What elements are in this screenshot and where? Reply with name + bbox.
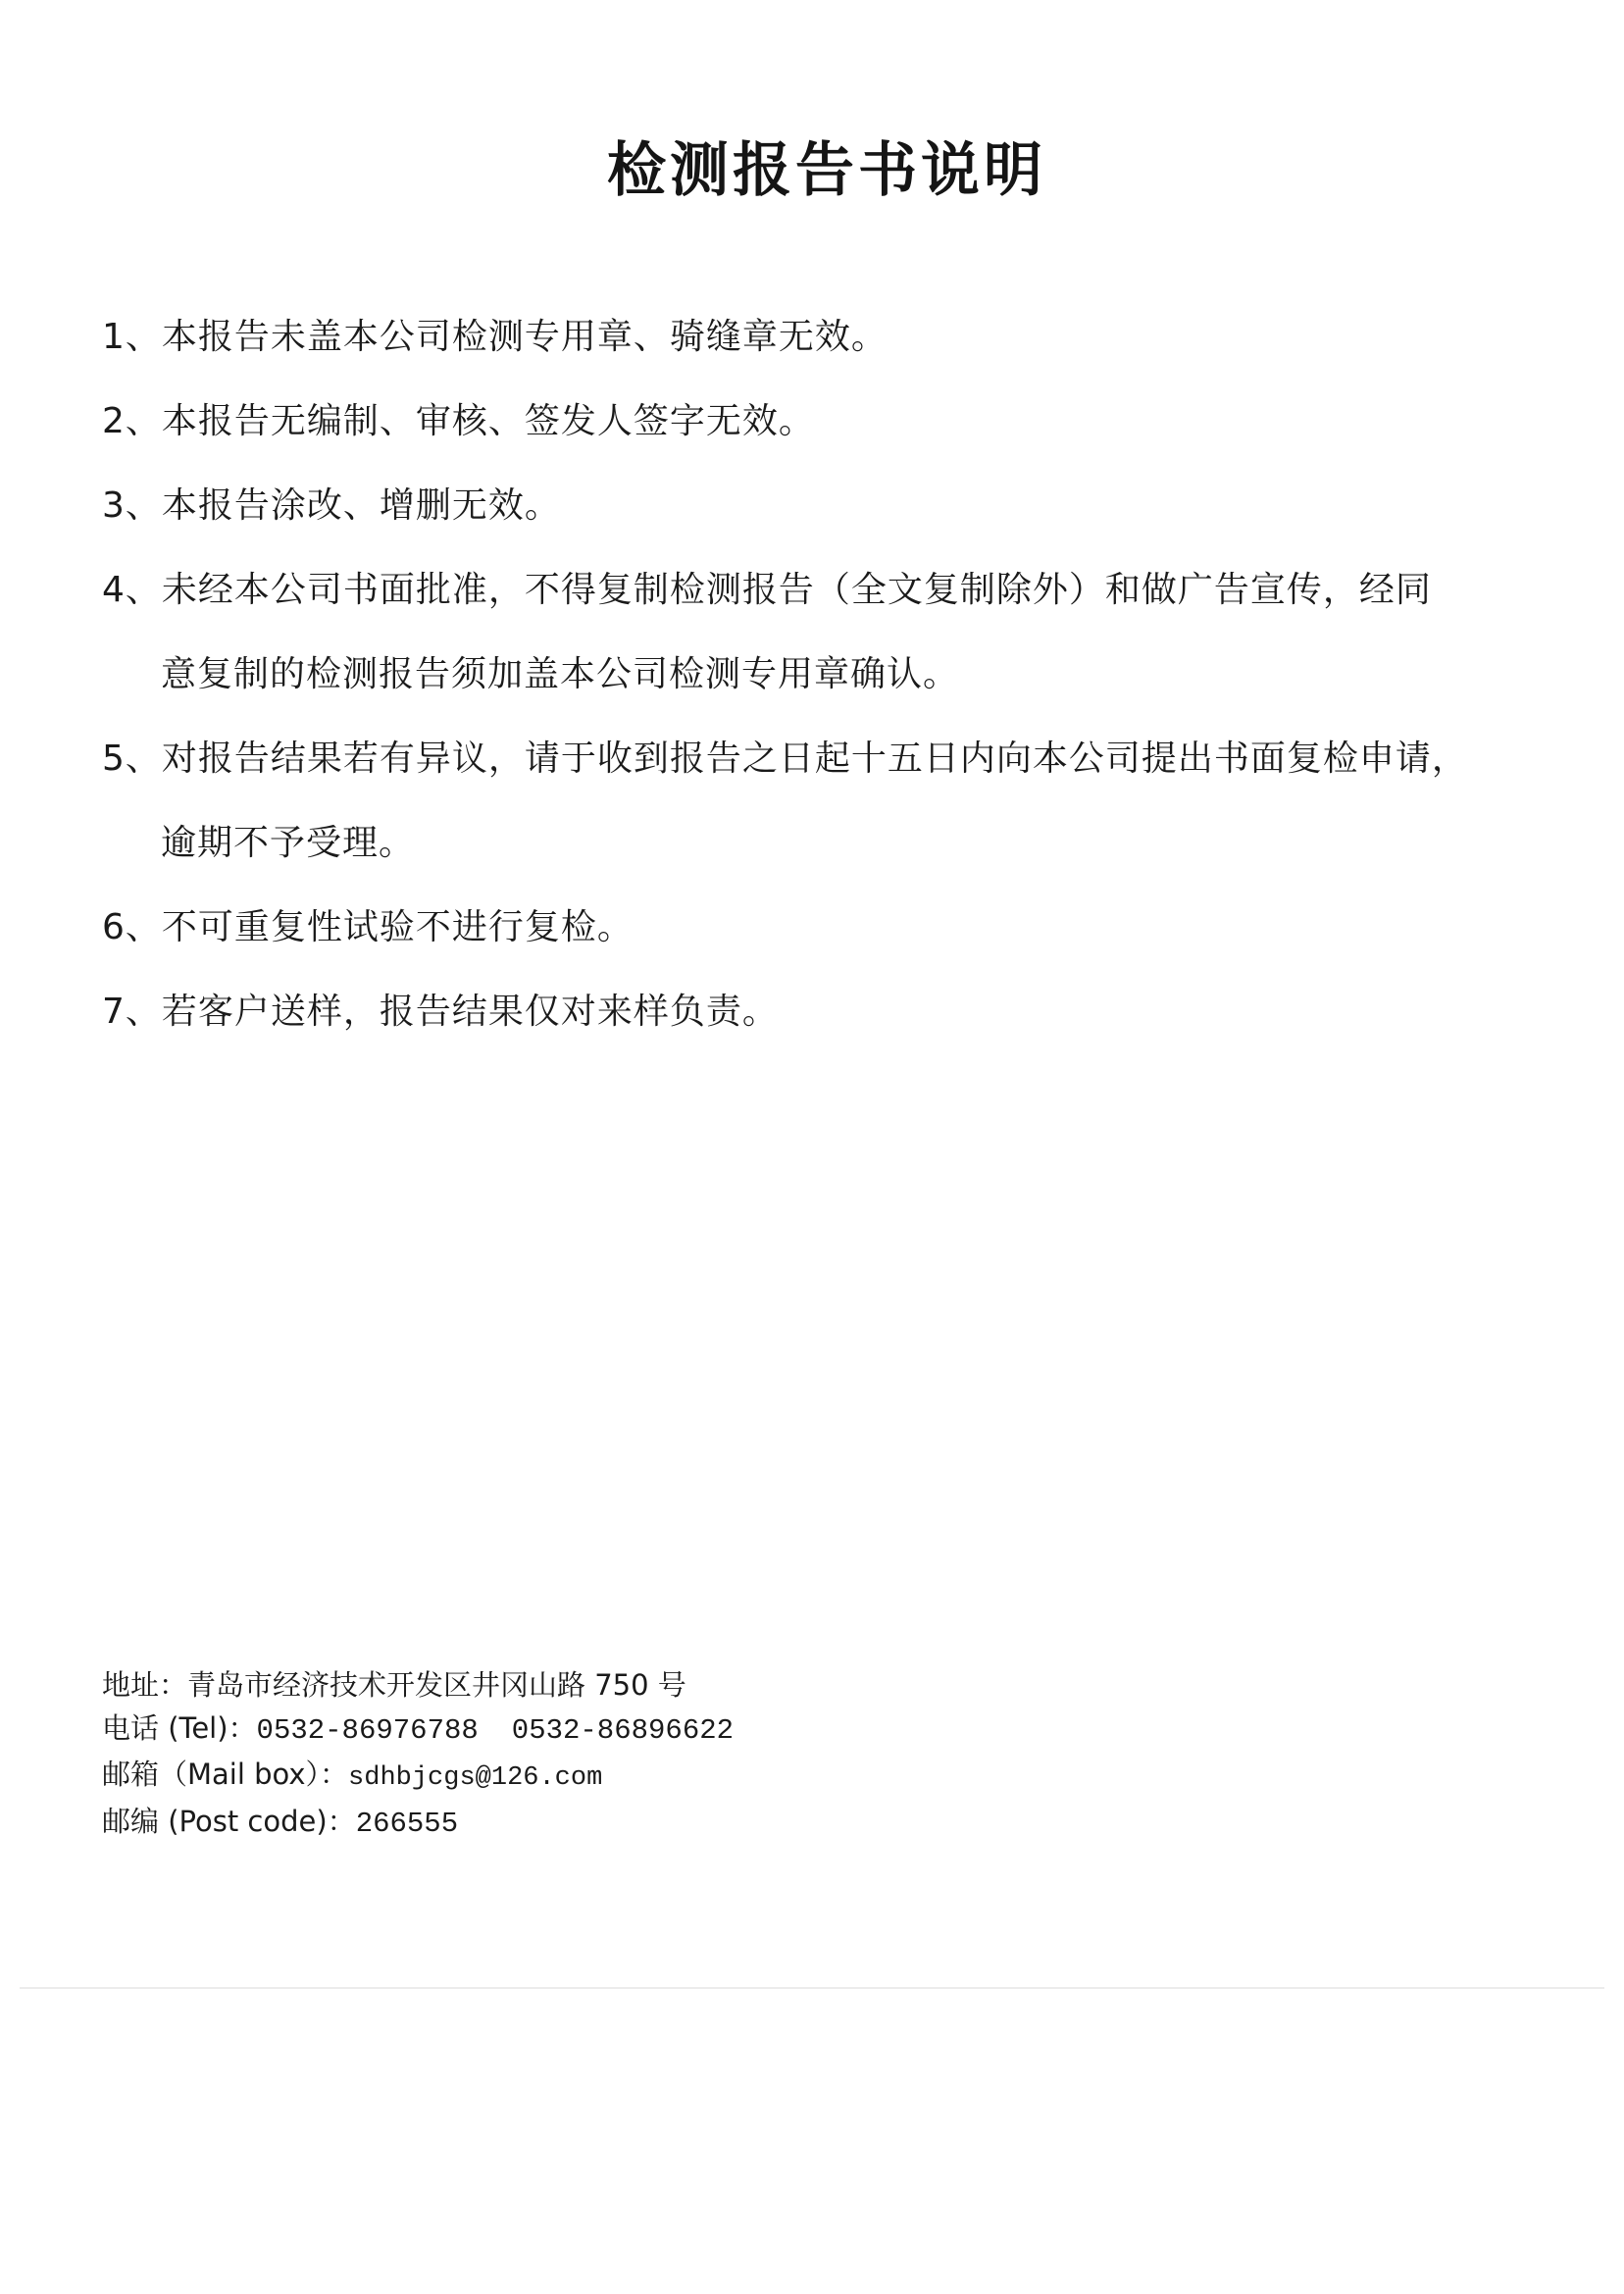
postcode-label: 邮编 (Post code)： <box>102 1805 356 1838</box>
email-label: 邮箱（Mail box）： <box>102 1758 348 1791</box>
note-text-continuation: 意复制的检测报告须加盖本公司检测专用章确认。 <box>102 653 1534 696</box>
document-page: 检测报告书说明 1、本报告未盖本公司检测专用章、骑缝章无效。 2、本报告无编制、… <box>0 0 1624 2294</box>
scan-artifact-divider <box>20 1987 1604 1989</box>
note-number: 2、 <box>102 400 162 443</box>
note-text: 本报告未盖本公司检测专用章、骑缝章无效。 <box>162 317 888 357</box>
note-number: 3、 <box>102 484 162 528</box>
address-label: 地址： <box>102 1668 187 1702</box>
contact-info: 地址：青岛市经济技术开发区井冈山路 750 号 电话 (Tel)：0532-86… <box>102 1663 985 1846</box>
note-number: 4、 <box>102 569 162 612</box>
note-item-4: 4、未经本公司书面批准，不得复制检测报告（全文复制除外）和做广告宣传，经同 意复… <box>102 569 1534 696</box>
note-number: 5、 <box>102 738 162 781</box>
note-text: 本报告涂改、增删无效。 <box>162 485 561 526</box>
email-line: 邮箱（Mail box）：sdhbjcgs@126.com <box>102 1753 985 1800</box>
note-text: 对报告结果若有异议，请于收到报告之日起十五日内向本公司提出书面复检申请， <box>162 739 1468 779</box>
note-text: 本报告无编制、审核、签发人签字无效。 <box>162 401 815 441</box>
email-value: sdhbjcgs@126.com <box>348 1763 602 1793</box>
note-item-1: 1、本报告未盖本公司检测专用章、骑缝章无效。 <box>102 316 1534 359</box>
postcode-value: 266555 <box>356 1808 458 1840</box>
note-text: 若客户送样，报告结果仅对来样负责。 <box>162 992 779 1032</box>
note-text-continuation: 逾期不予受理。 <box>102 822 1534 865</box>
note-text: 未经本公司书面批准，不得复制检测报告（全文复制除外）和做广告宣传，经同 <box>162 570 1432 610</box>
note-item-5: 5、对报告结果若有异议，请于收到报告之日起十五日内向本公司提出书面复检申请， 逾… <box>102 738 1534 865</box>
note-item-7: 7、若客户送样，报告结果仅对来样负责。 <box>102 991 1534 1034</box>
note-item-2: 2、本报告无编制、审核、签发人签字无效。 <box>102 400 1534 443</box>
note-item-6: 6、不可重复性试验不进行复检。 <box>102 906 1534 949</box>
phone-line: 电话 (Tel)：0532-869767880532-86896622 <box>102 1707 985 1753</box>
page-title: 检测报告书说明 <box>0 135 1624 206</box>
notes-list: 1、本报告未盖本公司检测专用章、骑缝章无效。 2、本报告无编制、审核、签发人签字… <box>102 316 1534 1034</box>
phone-value-1: 0532-86976788 <box>257 1714 479 1747</box>
phone-value-2: 0532-86896622 <box>512 1714 734 1747</box>
note-item-3: 3、本报告涂改、增删无效。 <box>102 484 1534 528</box>
address-value: 青岛市经济技术开发区井冈山路 750 号 <box>187 1668 686 1702</box>
note-number: 7、 <box>102 991 162 1034</box>
phone-label: 电话 (Tel)： <box>102 1711 257 1745</box>
note-text: 不可重复性试验不进行复检。 <box>162 907 634 947</box>
address-line: 地址：青岛市经济技术开发区井冈山路 750 号 <box>102 1663 985 1707</box>
note-number: 6、 <box>102 906 162 949</box>
note-number: 1、 <box>102 316 162 359</box>
postcode-line: 邮编 (Post code)：266555 <box>102 1800 985 1846</box>
